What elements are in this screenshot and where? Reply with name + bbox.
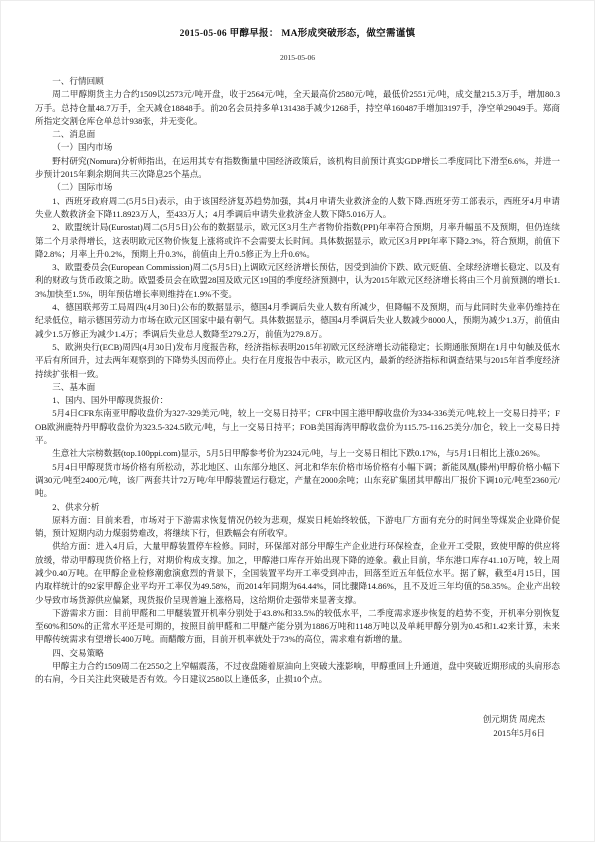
signature-author: 创元期货 周虎杰 [35, 712, 545, 727]
report-paragraph: 1、西班牙政府周二(5月5日)表示，由于该国经济复苏趋势加强，其4月申请失业救济… [35, 195, 560, 222]
report-paragraph: 四、交易策略 [35, 647, 560, 660]
report-paragraph: （一）国内市场 [35, 141, 560, 154]
report-paragraph: 2、供求分析 [35, 501, 560, 514]
report-paragraph: 二、消息面 [35, 128, 560, 141]
report-paragraph: 4、德国联邦劳工局周四(4月30日)公布的数据显示，德国4月季调后失业人数有所减… [35, 301, 560, 341]
report-paragraph: 下游需求方面：目前甲醛和二甲醚装置开机率分别处于43.8%和33.5%的较低水平… [35, 607, 560, 647]
report-paragraph: 3、欧盟委员会(European Commission)周二(5月5日)上调欧元… [35, 261, 560, 301]
report-paragraph: 野村研究(Nomura)分析师指出，在运用其专有指数衡量中国经济政策后，该机构目… [35, 155, 560, 182]
signature-date: 2015年5月6日 [35, 726, 545, 741]
report-title: 2015-05-06 甲醇早报： MA形成突破形态，做空需谨慎 [35, 28, 560, 41]
report-paragraph: 甲醇主力合约1509周二在2550之上窄幅震荡，不过夜盘随着原油向上突破大涨影响… [35, 660, 560, 687]
report-body: 一、行情回顾 周二甲醇期货主力合约1509以2573元/吨开盘，收于2564元/… [35, 75, 560, 687]
report-paragraph: 一、行情回顾 [35, 75, 560, 88]
report-paragraph: 原料方面：目前来看，市场对于下游需求恢复情况仍较为悲观，煤炭日耗始终较低，下游电… [35, 514, 560, 541]
report-paragraph: 5、欧洲央行(ECB)周四(4月30日)发布月度报告称，经济指标表明2015年初… [35, 341, 560, 381]
report-page: 2015-05-06 甲醇早报： MA形成突破形态，做空需谨慎 2015-05-… [0, 0, 595, 842]
signature-block: 创元期货 周虎杰 2015年5月6日 [35, 712, 560, 741]
report-paragraph: 5月4日甲醇现货市场价格有所松动，苏北地区、山东部分地区、河北和华东价格市场价格… [35, 461, 560, 501]
report-paragraph: 生意社大宗榜数据(top.100ppi.com)显示，5月5日甲醇参考价为232… [35, 447, 560, 460]
report-paragraph: 5月4日CFR东南亚甲醇收盘价为327-329美元/吨，较上一交易日持平；CFR… [35, 407, 560, 447]
report-paragraph: 周二甲醇期货主力合约1509以2573元/吨开盘，收于2564元/吨，全天最高价… [35, 88, 560, 128]
report-paragraph: 供给方面：进入4月后，大量甲醇装置停车检修。同时，环保部对部分甲醇生产企业进行环… [35, 540, 560, 606]
report-paragraph: 1、国内、国外甲醇现货报价： [35, 394, 560, 407]
report-date: 2015-05-06 [35, 53, 560, 62]
report-paragraph: 三、基本面 [35, 381, 560, 394]
report-paragraph: （二）国际市场 [35, 181, 560, 194]
report-paragraph: 2、欧盟统计局(Eurostat)周二(5月5日)公布的数据显示，欧元区3月生产… [35, 221, 560, 261]
